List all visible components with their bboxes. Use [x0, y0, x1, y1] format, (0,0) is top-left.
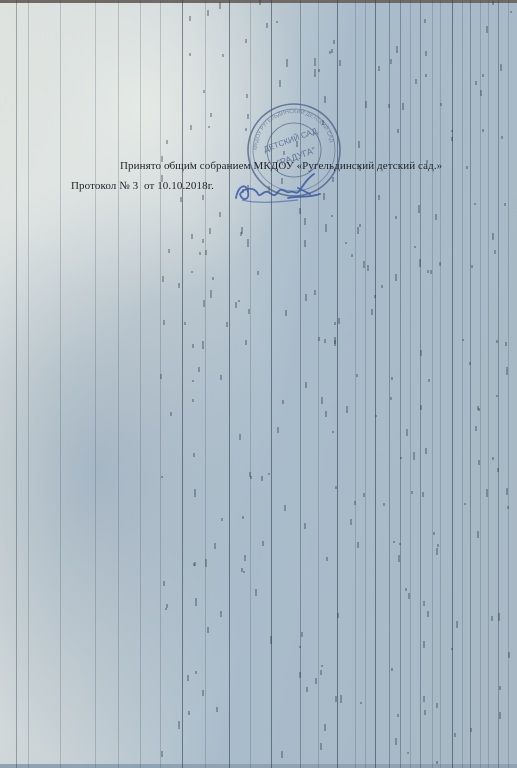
protocol-line: Протокол № 3 от 10.10.2018г.	[71, 180, 214, 192]
scanned-document-page: МКДОУ РУГЕЛЬДИНСКИЙ ДЕТСКИЙ САД ДЕТСКИЙ …	[0, 0, 517, 768]
signature-icon	[228, 164, 328, 212]
